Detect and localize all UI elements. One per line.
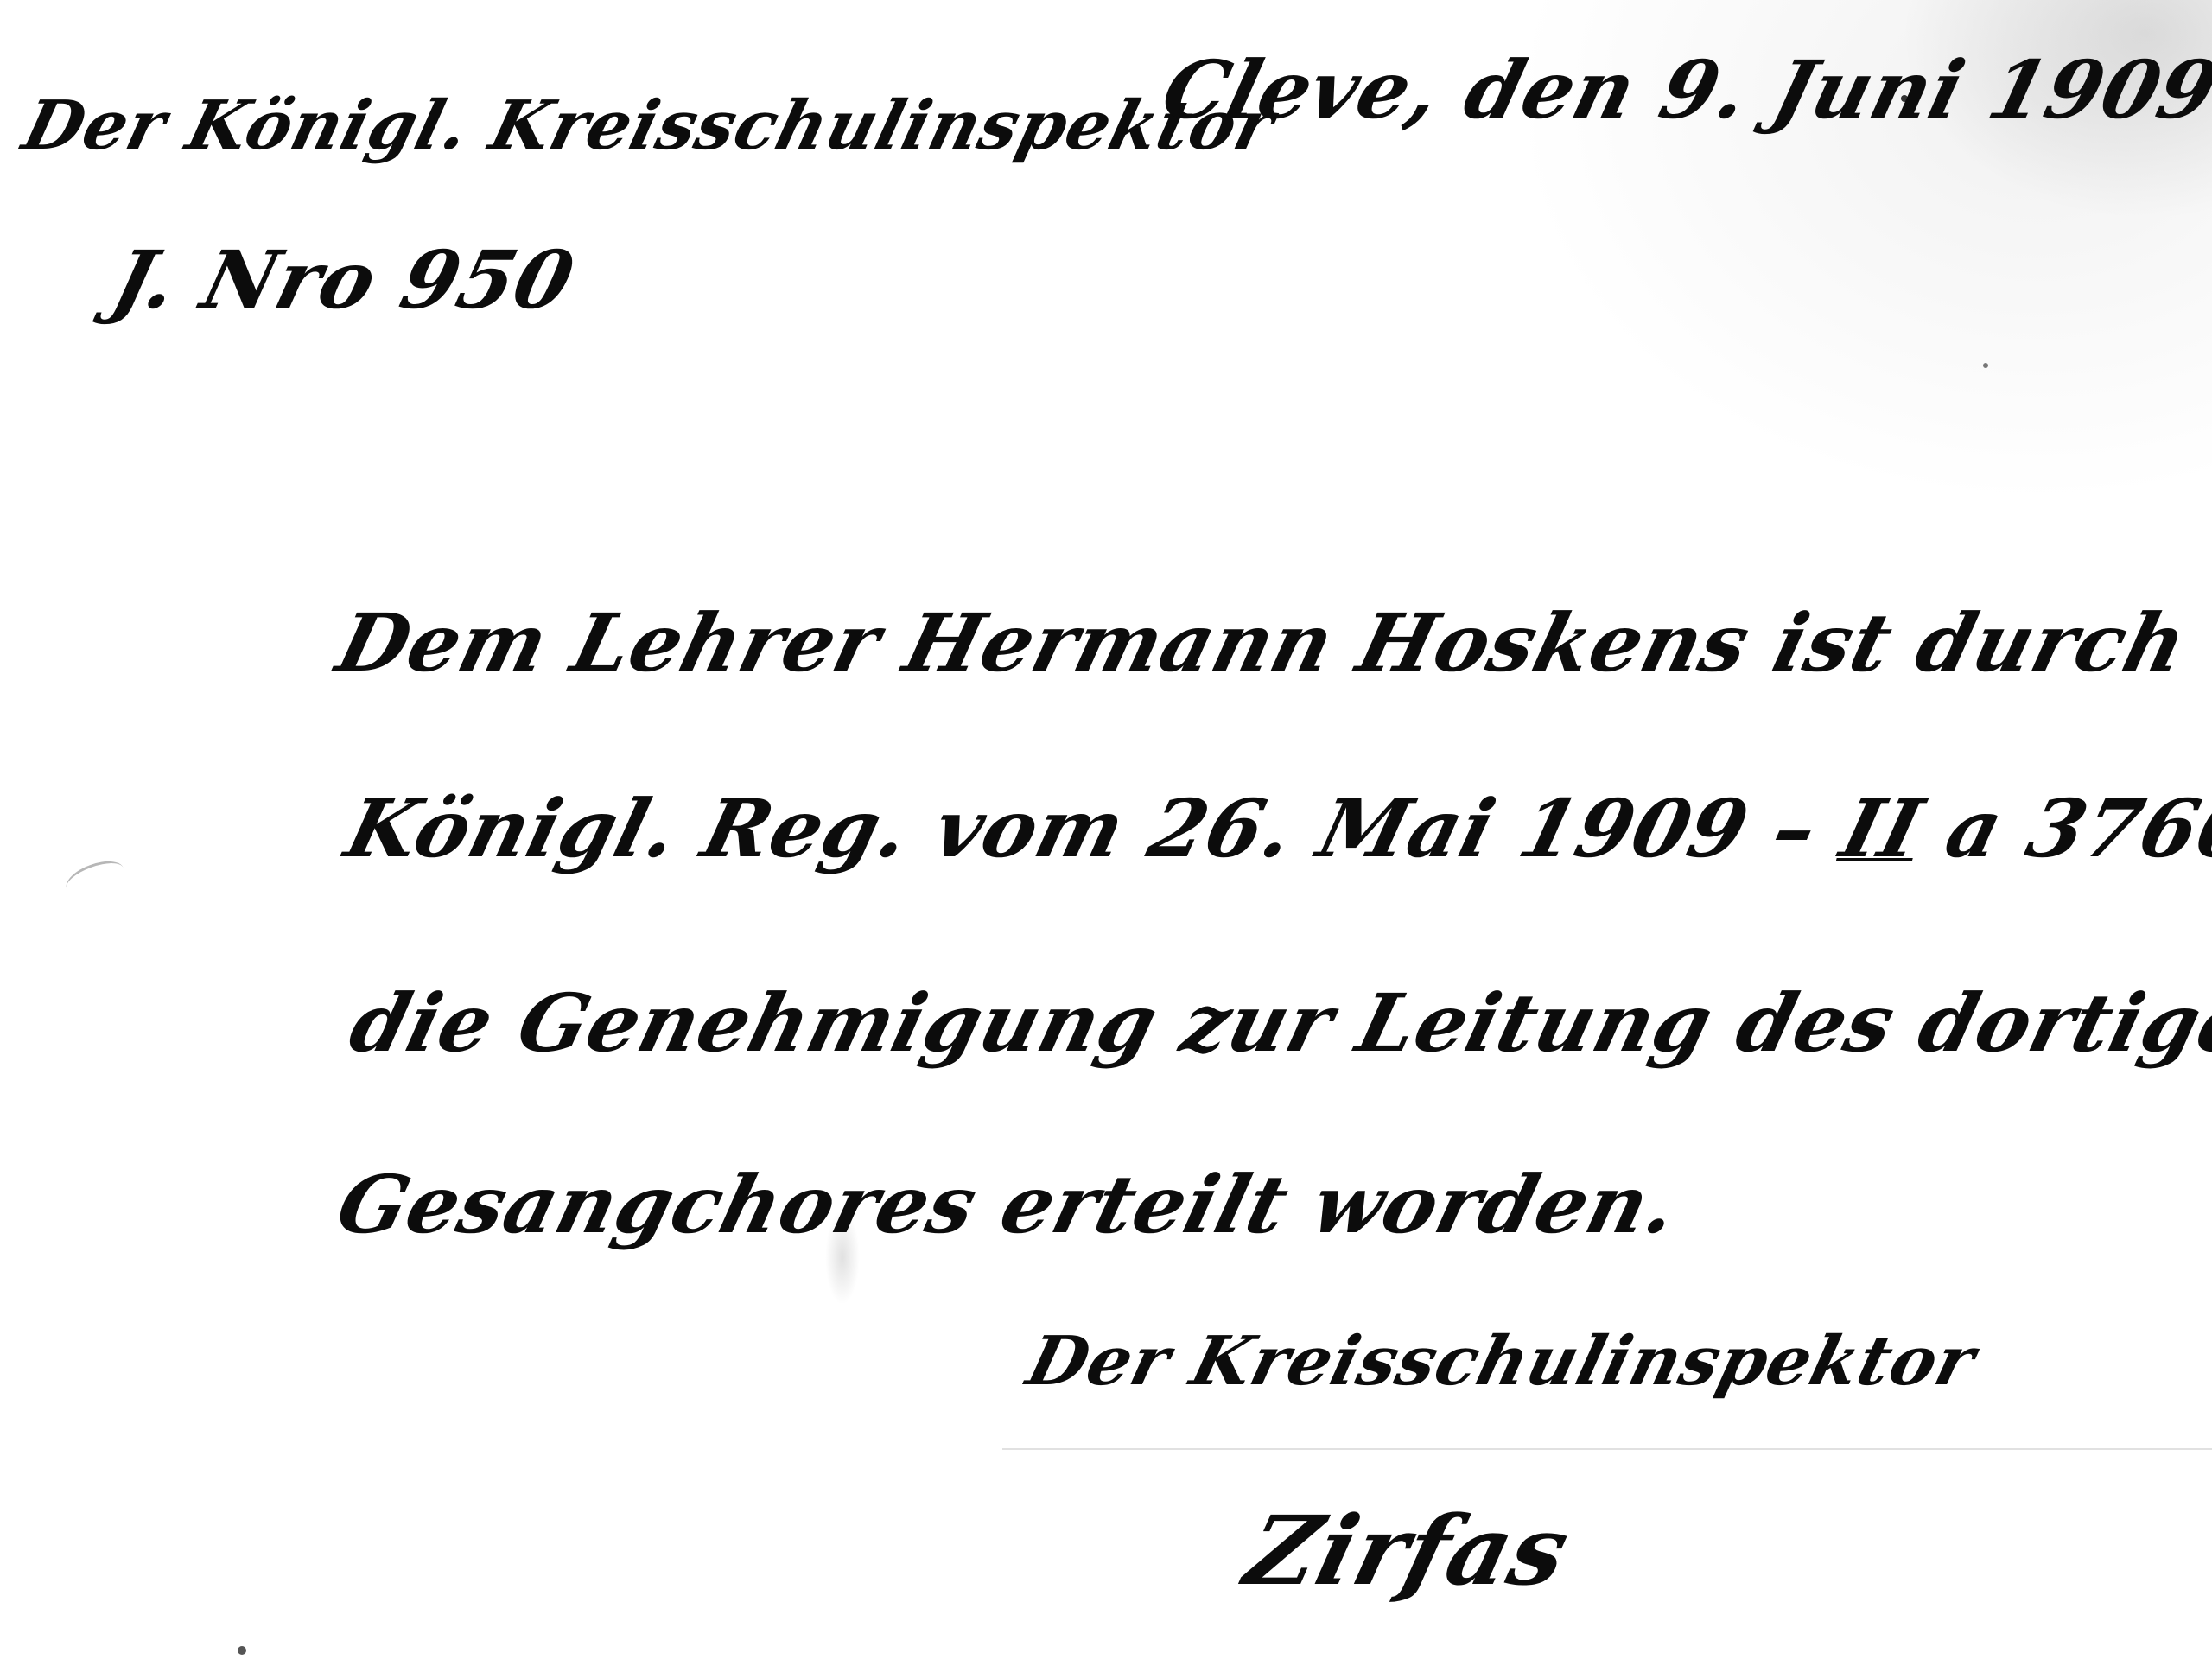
paper-speck: [1983, 363, 1988, 368]
reference-letter: a: [1937, 782, 2013, 875]
journal-number: J. Nro 950: [104, 233, 583, 327]
place-and-date: Cleve, den 9. Juni 1909.: [1154, 43, 2212, 137]
scan-mark: [61, 855, 128, 902]
body-line-3: die Genehmigung zur Leitung des dortigen: [341, 976, 2212, 1070]
reference-number: 3766: [2018, 782, 2212, 875]
closing-title: Der Kreisschulinspektor: [1020, 1322, 1983, 1401]
body-line-4: Gesangchores erteilt worden.: [328, 1158, 1688, 1251]
paper-speck: [238, 1646, 246, 1655]
body-line-2-text: Königl. Reg. vom 26. Mai 1909 –: [337, 782, 1827, 875]
document-page: Der Königl. Kreisschulinspektor J. Nro 9…: [0, 0, 2212, 1672]
reference-roman-numeral: II: [1833, 782, 1932, 875]
sender-heading: Der Königl. Kreisschulinspektor: [16, 86, 1282, 165]
body-line-1: Dem Lehrer Hermann Hoskens ist durch Ver…: [328, 596, 2212, 690]
fold-line: [1002, 1448, 2212, 1450]
body-line-2: Königl. Reg. vom 26. Mai 1909 – II a 376…: [337, 782, 2212, 875]
signature: Zirfas: [1236, 1495, 1580, 1606]
